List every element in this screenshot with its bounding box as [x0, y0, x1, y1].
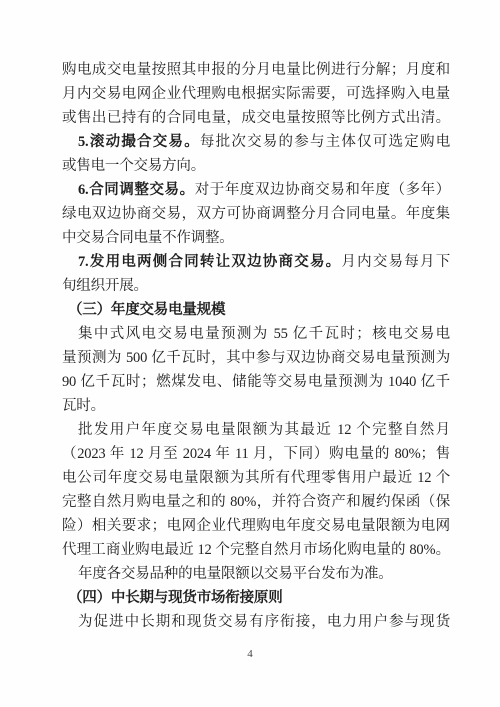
- text-line: 完整自然月购电量之和的 80%，并符合资产和履约保函（保: [62, 490, 450, 514]
- text-segment: 中交易合同电量不作调整。: [62, 230, 234, 246]
- bold-text-segment: （四）中长期与现货市场衔接原则: [68, 590, 283, 606]
- text-segment: 月内交易电网企业代理购电根据实际需要，可选择购入电量: [62, 86, 450, 102]
- text-line: 批发用户年度交易电量限额为其最近 12 个完整自然月: [62, 418, 450, 442]
- text-segment: 月内交易每月下: [341, 254, 450, 270]
- text-line: 或售出已持有的合同电量，成交电量按照等比例方式出清。: [62, 106, 450, 130]
- text-line: 绿电双边协商交易，双方可协商调整分月合同电量。年度集: [62, 202, 450, 226]
- document-body: 购电成交电量按照其申报的分月电量比例进行分解；月度和月内交易电网企业代理购电根据…: [62, 58, 450, 634]
- bold-text-segment: 7.发用电两侧合同转让双边协商交易。: [78, 254, 341, 270]
- text-segment: 或售出已持有的合同电量，成交电量按照等比例方式出清。: [62, 110, 450, 126]
- text-line: （2023 年 12 月至 2024 年 11 月，下同）购电量的 80%；售: [62, 442, 450, 466]
- text-line: 旬组织开展。: [62, 274, 450, 298]
- text-line: 或售电一个交易方向。: [62, 154, 450, 178]
- text-line: 险）相关要求；电网企业代理购电年度交易电量限额为电网: [62, 514, 450, 538]
- text-line: 集中式风电交易电量预测为 55 亿千瓦时；核电交易电: [62, 322, 450, 346]
- text-line: 为促进中长期和现货交易有序衔接，电力用户参与现货: [62, 610, 450, 634]
- text-segment: 瓦时。: [62, 398, 105, 414]
- text-segment: 电公司年度交易电量限额为其所有代理零售用户最近 12 个: [62, 470, 450, 486]
- text-segment: 年度各交易品种的电量限额以交易平台发布为准。: [78, 566, 393, 582]
- text-segment: 或售电一个交易方向。: [62, 158, 205, 174]
- text-line: 5.滚动撮合交易。每批次交易的参与主体仅可选定购电: [62, 130, 450, 154]
- text-segment: 绿电双边协商交易，双方可协商调整分月合同电量。年度集: [62, 206, 450, 222]
- bold-text-segment: （三）年度交易电量规模: [68, 302, 225, 318]
- text-segment: 险）相关要求；电网企业代理购电年度交易电量限额为电网: [62, 518, 450, 534]
- text-segment: 90 亿千瓦时；燃煤发电、储能等交易电量预测为 1040 亿千: [62, 374, 450, 390]
- text-segment: 代理工商业购电最近 12 个完整自然月市场化购电量的 80%。: [62, 542, 450, 558]
- text-line: （三）年度交易电量规模: [62, 298, 450, 322]
- text-line: 量预测为 500 亿千瓦时，其中参与双边协商交易电量预测为: [62, 346, 450, 370]
- text-segment: （2023 年 12 月至 2024 年 11 月，下同）购电量的 80%；售: [62, 446, 450, 462]
- text-line: 年度各交易品种的电量限额以交易平台发布为准。: [62, 562, 450, 586]
- text-segment: 每批次交易的参与主体仅可选定购电: [200, 134, 450, 150]
- text-line: 代理工商业购电最近 12 个完整自然月市场化购电量的 80%。: [62, 538, 450, 562]
- bold-text-segment: 5.滚动撮合交易。: [78, 134, 200, 150]
- text-line: 电公司年度交易电量限额为其所有代理零售用户最近 12 个: [62, 466, 450, 490]
- text-line: 瓦时。: [62, 394, 450, 418]
- text-segment: 为促进中长期和现货交易有序衔接，电力用户参与现货: [78, 614, 450, 630]
- text-line: （四）中长期与现货市场衔接原则: [62, 586, 450, 610]
- text-segment: 集中式风电交易电量预测为 55 亿千瓦时；核电交易电: [78, 326, 450, 342]
- document-page: 购电成交电量按照其申报的分月电量比例进行分解；月度和月内交易电网企业代理购电根据…: [0, 0, 500, 707]
- text-line: 6.合同调整交易。对于年度双边协商交易和年度（多年）: [62, 178, 450, 202]
- text-line: 月内交易电网企业代理购电根据实际需要，可选择购入电量: [62, 82, 450, 106]
- bold-text-segment: 6.合同调整交易。: [78, 182, 195, 198]
- page-number: 4: [0, 648, 500, 660]
- text-segment: 旬组织开展。: [62, 278, 148, 294]
- text-line: 购电成交电量按照其申报的分月电量比例进行分解；月度和: [62, 58, 450, 82]
- text-segment: 完整自然月购电量之和的 80%，并符合资产和履约保函（保: [62, 494, 450, 510]
- text-line: 中交易合同电量不作调整。: [62, 226, 450, 250]
- text-segment: 批发用户年度交易电量限额为其最近 12 个完整自然月: [78, 422, 450, 438]
- text-line: 7.发用电两侧合同转让双边协商交易。月内交易每月下: [62, 250, 450, 274]
- text-segment: 购电成交电量按照其申报的分月电量比例进行分解；月度和: [62, 62, 450, 78]
- text-segment: 量预测为 500 亿千瓦时，其中参与双边协商交易电量预测为: [62, 350, 450, 366]
- text-segment: 对于年度双边协商交易和年度（多年）: [195, 182, 450, 198]
- text-line: 90 亿千瓦时；燃煤发电、储能等交易电量预测为 1040 亿千: [62, 370, 450, 394]
